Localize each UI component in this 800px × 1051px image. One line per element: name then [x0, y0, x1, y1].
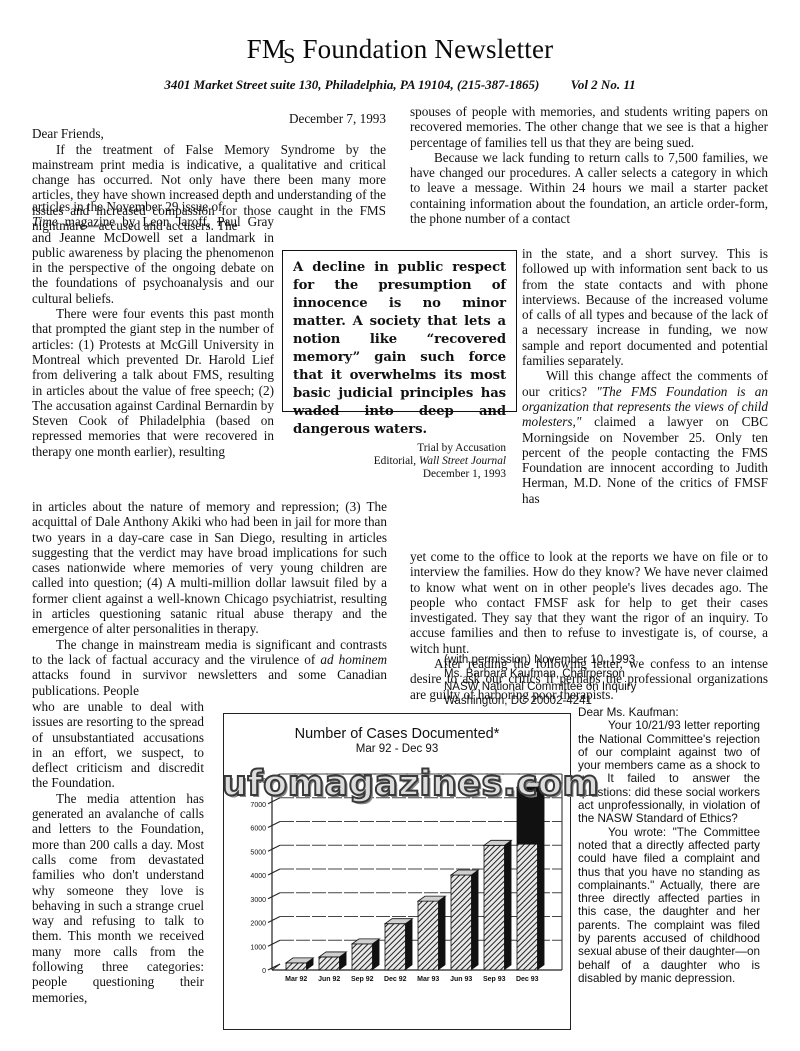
volume-number: Vol 2 No. 11 [571, 77, 636, 92]
svg-text:5000: 5000 [250, 849, 266, 856]
letter-right-top: spouses of people with memories, and stu… [410, 104, 768, 226]
svg-text:Dec 92: Dec 92 [384, 976, 407, 983]
svg-text:6000: 6000 [250, 826, 266, 833]
svg-text:Sep 93: Sep 93 [483, 976, 506, 983]
letter-right-narrow: in the state, and a short survey. This i… [522, 246, 768, 506]
bar-chart: 010002000300040005000600070008000 Mar 92… [224, 714, 572, 1031]
paragraph: Will this change affect the comments of … [522, 368, 768, 506]
paragraph: spouses of people with memories, and stu… [410, 104, 768, 150]
svg-text:3000: 3000 [250, 897, 266, 904]
quoted-letter-header: (with permission) November 10, 1993 Ms. … [444, 654, 636, 708]
paragraph: yet come to the office to look at the re… [410, 549, 768, 656]
salutation: Dear Friends, [32, 126, 386, 141]
quoted-letter-body: Dear Ms. Kaufman: Your 10/21/93 letter r… [578, 706, 760, 985]
svg-text:Dec 93: Dec 93 [516, 976, 539, 983]
paragraph: The change in mainstream media is signif… [32, 637, 387, 698]
svg-text:Jun 93: Jun 93 [450, 976, 472, 983]
paragraph: in articles about the nature of memory a… [32, 499, 387, 637]
chart-title: Number of Cases Documented* [224, 726, 570, 742]
quoted-letter-salutation: Dear Ms. Kaufman: [578, 706, 760, 719]
paragraph: Because we lack funding to return calls … [410, 150, 768, 226]
masthead: FMS Foundation Newsletter [0, 34, 800, 65]
fms-logo: FMS [247, 34, 296, 64]
svg-text:Mar 93: Mar 93 [417, 976, 439, 983]
letter-bottom-column: who are unable to deal with issues are r… [32, 699, 204, 1005]
pull-quote-source: Trial by Accusation Editorial, Wall Stre… [293, 442, 506, 481]
svg-text:Sep 92: Sep 92 [351, 976, 374, 983]
paragraph: The media attention has generated an ava… [32, 791, 204, 1005]
svg-text:0: 0 [262, 968, 266, 975]
pull-quote-box: A decline in public respect for the pres… [282, 250, 517, 412]
svg-text:2000: 2000 [250, 921, 266, 928]
svg-text:Jun 92: Jun 92 [318, 976, 340, 983]
newsletter-title: FMS Foundation Newsletter [247, 34, 554, 64]
paragraph: in the state, and a short survey. This i… [522, 246, 768, 368]
paragraph: who are unable to deal with issues are r… [32, 699, 204, 791]
svg-text:Mar 92: Mar 92 [285, 976, 307, 983]
address-line: 3401 Market Street suite 130, Philadelph… [0, 77, 800, 93]
svg-text:4000: 4000 [250, 873, 266, 880]
paragraph: You wrote: "The Committee noted that a d… [578, 826, 760, 986]
paragraph: articles in the November 29 issue of Tim… [32, 199, 274, 306]
address: 3401 Market Street suite 130, Philadelph… [164, 77, 539, 92]
letter-continued: in articles about the nature of memory a… [32, 499, 387, 698]
svg-text:1000: 1000 [250, 944, 266, 951]
paragraph: Your 10/21/93 letter reporting the Natio… [578, 719, 760, 825]
letter-date: December 7, 1993 [32, 111, 386, 126]
chart-subtitle: Mar 92 - Dec 93 [224, 743, 570, 755]
letter-narrow-column: articles in the November 29 issue of Tim… [32, 199, 274, 459]
pull-quote-text: A decline in public respect for the pres… [293, 259, 506, 439]
cases-documented-chart: 010002000300040005000600070008000 Mar 92… [223, 713, 571, 1030]
watermark: ufomagazines.com [222, 764, 599, 804]
paragraph: There were four events this past month t… [32, 306, 274, 459]
